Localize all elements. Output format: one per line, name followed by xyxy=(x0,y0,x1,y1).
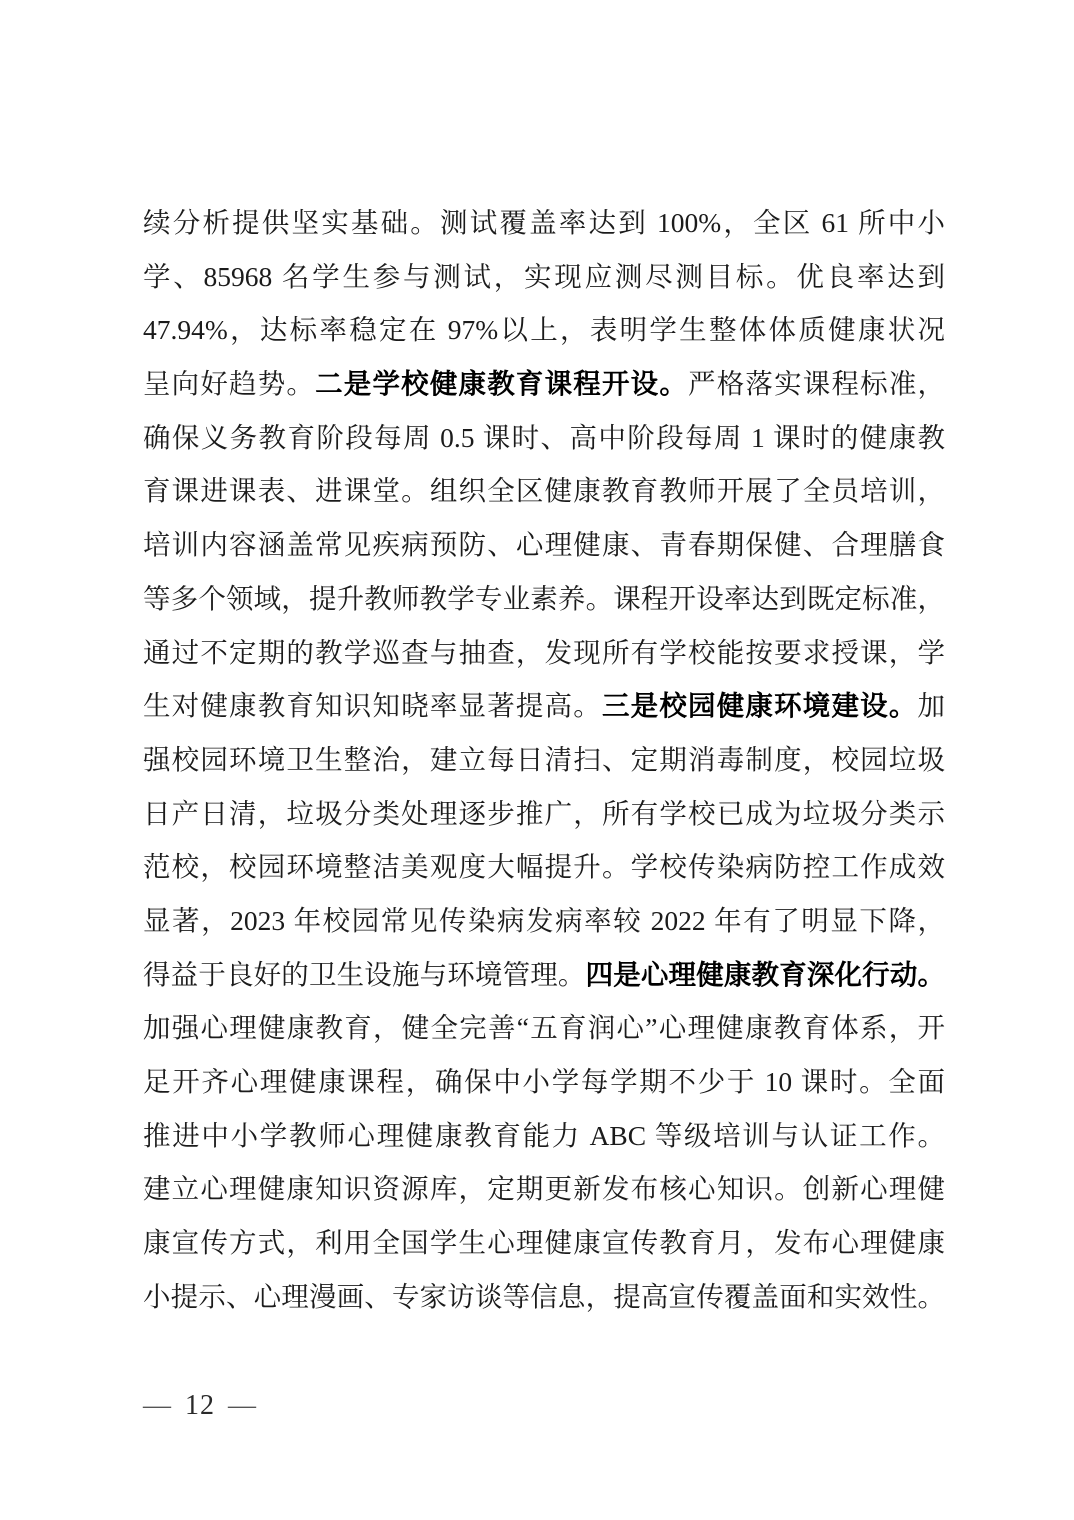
bold-heading-segment: 四是心理健康教育深化行动。 xyxy=(586,959,945,990)
page-footer: —12— xyxy=(143,1390,257,1422)
document-page: 续分析提供坚实基础。测试覆盖率达到 100%，全区 61 所中小学、85968 … xyxy=(0,0,1074,1520)
footer-dash-right: — xyxy=(228,1390,257,1421)
text-segment: 康宣传方式，利用全国学生心理健康宣传教育月，发布心理健康 xyxy=(143,1227,945,1258)
text-line: 育课进课表、进课堂。组织全区健康教育教师开展了全员培训， xyxy=(143,464,945,518)
text-line: 确保义务教育阶段每周 0.5 课时、高中阶段每周 1 课时的健康教 xyxy=(143,411,945,465)
text-segment: 等多个领域，提升教师教学专业素养。课程开设率达到既定标准， xyxy=(143,583,945,614)
text-segment: 通过不定期的教学巡查与抽查，发现所有学校能按要求授课，学 xyxy=(143,637,945,668)
text-segment: 加强心理健康教育，健全完善“五育润心”心理健康教育体系，开 xyxy=(143,1012,945,1043)
text-segment: 加 xyxy=(918,690,946,721)
text-line: 培训内容涵盖常见疾病预防、心理健康、青春期保健、合理膳食 xyxy=(143,518,945,572)
text-segment: 得益于良好的卫生设施与环境管理。 xyxy=(143,959,586,990)
text-segment: 日产日清，垃圾分类处理逐步推广，所有学校已成为垃圾分类示 xyxy=(143,798,945,829)
text-line: 强校园环境卫生整治，建立每日清扫、定期消毒制度，校园垃圾 xyxy=(143,733,945,787)
page-number: 12 xyxy=(185,1390,215,1421)
text-line: 小提示、心理漫画、专家访谈等信息，提高宣传覆盖面和实效性。 xyxy=(143,1270,945,1324)
text-line: 呈向好趋势。二是学校健康教育课程开设。严格落实课程标准， xyxy=(143,357,945,411)
text-line: 日产日清，垃圾分类处理逐步推广，所有学校已成为垃圾分类示 xyxy=(143,787,945,841)
text-segment: 建立心理健康知识资源库，定期更新发布核心知识。创新心理健 xyxy=(143,1173,945,1204)
text-segment: 足开齐心理健康课程，确保中小学每学期不少于 10 课时。全面 xyxy=(143,1066,945,1097)
bold-heading-segment: 二是学校健康教育课程开设。 xyxy=(315,368,688,399)
text-segment: 47.94%，达标率稳定在 97%以上，表明学生整体体质健康状况 xyxy=(143,314,945,345)
text-segment: 呈向好趋势。 xyxy=(143,368,315,399)
text-segment: 严格落实课程标准， xyxy=(688,368,945,399)
text-line: 足开齐心理健康课程，确保中小学每学期不少于 10 课时。全面 xyxy=(143,1055,945,1109)
text-segment: 生对健康教育知识知晓率显著提高。 xyxy=(143,690,602,721)
text-segment: 显著，2023 年校园常见传染病发病率较 2022 年有了明显下降， xyxy=(143,905,945,936)
text-segment: 范校，校园环境整洁美观度大幅提升。学校传染病防控工作成效 xyxy=(143,851,945,882)
text-segment: 小提示、心理漫画、专家访谈等信息，提高宣传覆盖面和实效性。 xyxy=(143,1281,945,1312)
footer-dash-left: — xyxy=(143,1390,172,1421)
text-segment: 培训内容涵盖常见疾病预防、心理健康、青春期保健、合理膳食 xyxy=(143,529,945,560)
body-text: 续分析提供坚实基础。测试覆盖率达到 100%，全区 61 所中小学、85968 … xyxy=(143,196,945,1323)
text-line: 显著，2023 年校园常见传染病发病率较 2022 年有了明显下降， xyxy=(143,894,945,948)
text-line: 得益于良好的卫生设施与环境管理。四是心理健康教育深化行动。 xyxy=(143,948,945,1002)
text-line: 康宣传方式，利用全国学生心理健康宣传教育月，发布心理健康 xyxy=(143,1216,945,1270)
text-segment: 确保义务教育阶段每周 0.5 课时、高中阶段每周 1 课时的健康教 xyxy=(143,422,945,453)
text-segment: 育课进课表、进课堂。组织全区健康教育教师开展了全员培训， xyxy=(143,475,945,506)
text-line: 建立心理健康知识资源库，定期更新发布核心知识。创新心理健 xyxy=(143,1162,945,1216)
bold-heading-segment: 三是校园健康环境建设。 xyxy=(602,690,918,721)
text-line: 推进中小学教师心理健康教育能力 ABC 等级培训与认证工作。 xyxy=(143,1109,945,1163)
text-segment: 续分析提供坚实基础。测试覆盖率达到 100%，全区 61 所中小 xyxy=(143,207,945,238)
text-line: 等多个领域，提升教师教学专业素养。课程开设率达到既定标准， xyxy=(143,572,945,626)
text-line: 加强心理健康教育，健全完善“五育润心”心理健康教育体系，开 xyxy=(143,1001,945,1055)
text-line: 47.94%，达标率稳定在 97%以上，表明学生整体体质健康状况 xyxy=(143,303,945,357)
text-line: 生对健康教育知识知晓率显著提高。三是校园健康环境建设。加 xyxy=(143,679,945,733)
text-segment: 学、85968 名学生参与测试，实现应测尽测目标。优良率达到 xyxy=(143,261,945,292)
text-segment: 强校园环境卫生整治，建立每日清扫、定期消毒制度，校园垃圾 xyxy=(143,744,945,775)
text-line: 学、85968 名学生参与测试，实现应测尽测目标。优良率达到 xyxy=(143,250,945,304)
text-line: 通过不定期的教学巡查与抽查，发现所有学校能按要求授课，学 xyxy=(143,626,945,680)
text-segment: 推进中小学教师心理健康教育能力 ABC 等级培训与认证工作。 xyxy=(143,1120,945,1151)
text-line: 续分析提供坚实基础。测试覆盖率达到 100%，全区 61 所中小 xyxy=(143,196,945,250)
text-line: 范校，校园环境整洁美观度大幅提升。学校传染病防控工作成效 xyxy=(143,840,945,894)
